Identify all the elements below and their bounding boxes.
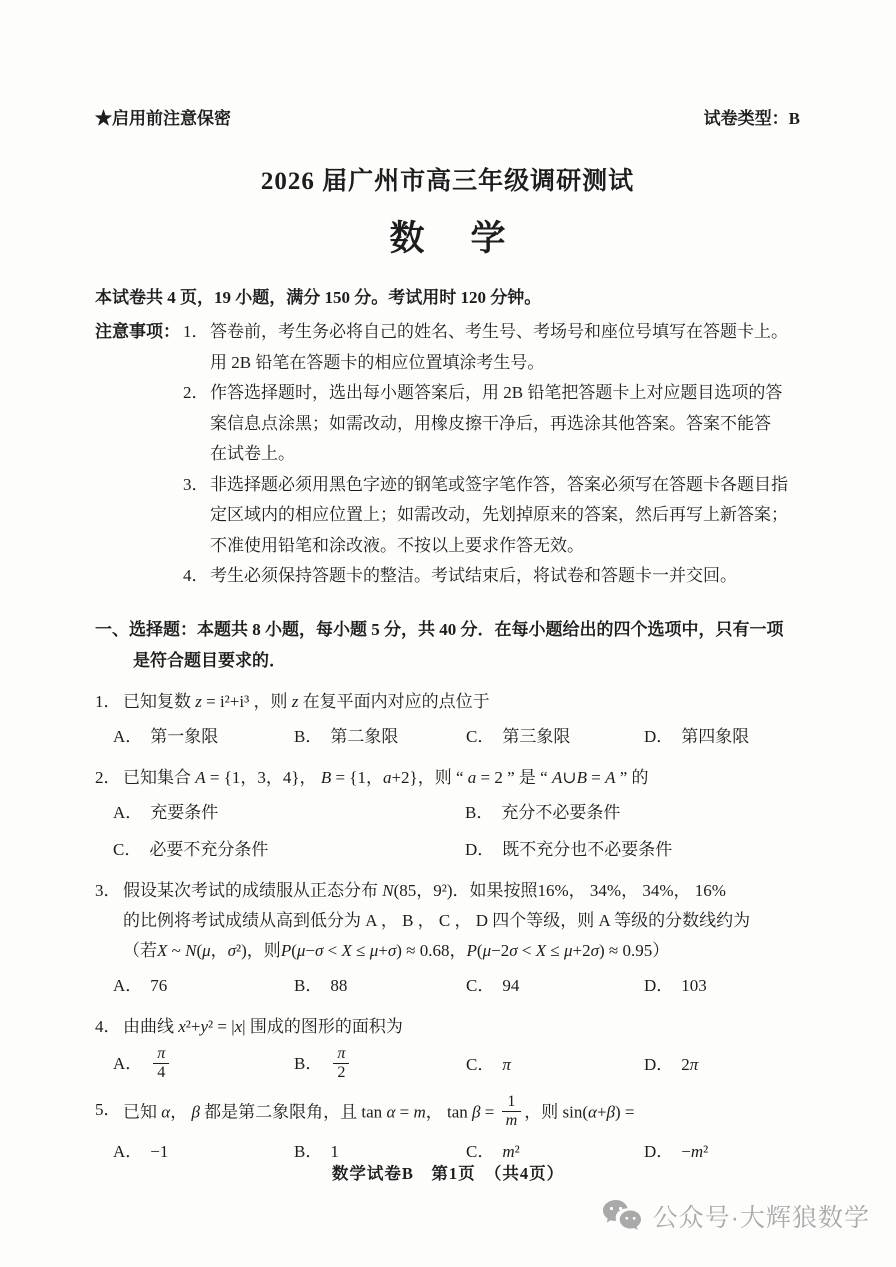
- question-stem: 已知 α， β 都是第二象限角，且 tan α = m， tan β = 1m，…: [123, 1095, 800, 1132]
- question-formula: （若X ~ N(μ，σ²)，则P(μ−σ < X ≤ μ+σ) ≈ 0.68，P…: [123, 936, 800, 966]
- question-1: 1． 已知复数 z = i²+i³ ，则 z 在复平面内对应的点位于 A．第一象…: [95, 687, 800, 752]
- option-label: D．: [644, 1055, 673, 1074]
- option-label: C．: [466, 1142, 494, 1161]
- option-d: D．第四象限: [644, 722, 800, 752]
- question-4: 4． 由曲线 x²+y² = |x| 围成的图形的面积为 A．π4 B．π2 C…: [95, 1012, 800, 1084]
- notice-item-3: 3． 非选择题必须用黑色字迹的钢笔或签字笔作答，答案必须写在答题卡各题目指 定区…: [183, 470, 800, 562]
- notice-item-number: 3．: [183, 470, 210, 562]
- option-a: A．76: [113, 971, 294, 1001]
- option-b: B．88: [294, 971, 466, 1001]
- notice-line: 考生必须保持答题卡的整洁。考试结束后，将试卷和答题卡一并交回。: [210, 561, 800, 592]
- page-footer: 数学试卷B 第1页 （共4页）: [0, 1160, 896, 1184]
- option-label: C．: [466, 1055, 494, 1074]
- option-text: −m²: [681, 1142, 708, 1161]
- exam-title: 2026 届广州市高三年级调研测试: [95, 161, 800, 197]
- question-5: 5． 已知 α， β 都是第二象限角，且 tan α = m， tan β = …: [95, 1095, 800, 1167]
- notice-item-4: 4． 考生必须保持答题卡的整洁。考试结束后，将试卷和答题卡一并交回。: [183, 561, 800, 592]
- security-notice: ★启用前注意保密: [95, 104, 231, 129]
- option-a: A．π4: [113, 1047, 294, 1084]
- question-stem: 假设某次考试的成绩服从正态分布 N(85，9²)．如果按照16%， 34%， 3…: [123, 876, 800, 906]
- option-text: 94: [502, 976, 519, 995]
- option-label: B．: [294, 727, 322, 746]
- option-text: 88: [330, 976, 347, 995]
- option-c: C．必要不充分条件: [113, 835, 465, 865]
- option-label: B．: [294, 976, 322, 995]
- notice-line: 在试卷上。: [210, 439, 800, 470]
- option-text: π: [502, 1055, 511, 1074]
- option-text: 第四象限: [681, 727, 749, 746]
- notice-item-2: 2． 作答选择题时，选出每小题答案后，用 2B 铅笔把答题卡上对应题目选项的答 …: [183, 378, 800, 470]
- option-label: B．: [465, 803, 493, 822]
- question-stem: 的比例将考试成绩从高到低分为 A ， B ， C ， D 四个等级，则 A 等级…: [123, 906, 800, 936]
- option-text: 既不充分也不必要条件: [502, 840, 672, 859]
- question-3: 3． 假设某次考试的成绩服从正态分布 N(85，9²)．如果按照16%， 34%…: [95, 876, 800, 1001]
- notice-label: 注意事项：: [95, 317, 183, 592]
- option-text: 1: [330, 1142, 339, 1161]
- notice-line: 非选择题必须用黑色字迹的钢笔或签字笔作答，答案必须写在答题卡各题目指: [210, 470, 800, 501]
- option-text: 第二象限: [330, 727, 398, 746]
- notice-section: 注意事项： 1． 答卷前，考生务必将自己的姓名、考生号、考场号和座位号填写在答题…: [95, 317, 800, 592]
- question-2: 2． 已知集合 A = {1，3，4}， B = {1，a+2}，则 “ a =…: [95, 763, 800, 865]
- notice-item-number: 4．: [183, 561, 210, 592]
- top-bar: ★启用前注意保密 试卷类型：B: [95, 104, 800, 129]
- section-1-heading: 一、选择题：本题共 8 小题，每小题 5 分，共 40 分．在每小题给出的四个选…: [95, 614, 800, 676]
- notice-item-number: 2．: [183, 378, 210, 470]
- option-label: C．: [113, 840, 141, 859]
- option-label: A．: [113, 976, 142, 995]
- option-text: 2π: [681, 1055, 698, 1074]
- watermark-text: 公众号·大辉狼数学: [653, 1198, 870, 1234]
- notice-item-1: 1． 答卷前，考生务必将自己的姓名、考生号、考场号和座位号填写在答题卡上。 用 …: [183, 317, 800, 378]
- question-4-options: A．π4 B．π2 C．π D．2π: [113, 1047, 800, 1084]
- question-stem: 已知复数 z = i²+i³ ，则 z 在复平面内对应的点位于: [123, 687, 800, 717]
- notice-line: 答卷前，考生务必将自己的姓名、考生号、考场号和座位号填写在答题卡上。: [210, 317, 800, 348]
- notice-line: 作答选择题时，选出每小题答案后，用 2B 铅笔把答题卡上对应题目选项的答: [210, 378, 800, 409]
- page-content: ★启用前注意保密 试卷类型：B 2026 届广州市高三年级调研测试 数学 本试卷…: [0, 0, 896, 1167]
- option-label: C．: [466, 976, 494, 995]
- paper-type-label: 试卷类型：B: [704, 104, 800, 129]
- question-stem: 由曲线 x²+y² = |x| 围成的图形的面积为: [123, 1012, 800, 1042]
- notice-line: 不准使用铅笔和涂改液。不按以上要求作答无效。: [210, 531, 800, 562]
- option-b: B．充分不必要条件: [465, 798, 800, 828]
- question-2-options: A．充要条件 B．充分不必要条件 C．必要不充分条件 D．既不充分也不必要条件: [113, 798, 800, 865]
- paper-meta-line: 本试卷共 4 页，19 小题，满分 150 分。考试用时 120 分钟。: [95, 283, 800, 313]
- option-text: π2: [330, 1054, 352, 1073]
- option-c: C．94: [466, 971, 644, 1001]
- notice-items: 1． 答卷前，考生务必将自己的姓名、考生号、考场号和座位号填写在答题卡上。 用 …: [183, 317, 800, 592]
- notice-line: 案信息点涂黑；如需改动，用橡皮擦干净后，再选涂其他答案。答案不能答: [210, 409, 800, 440]
- option-b: B．第二象限: [294, 722, 466, 752]
- section-heading-line: 一、选择题：本题共 8 小题，每小题 5 分，共 40 分．在每小题给出的四个选…: [95, 614, 800, 645]
- notice-item-number: 1．: [183, 317, 210, 378]
- option-label: D．: [644, 1142, 673, 1161]
- option-d: D．既不充分也不必要条件: [465, 835, 800, 865]
- notice-line: 定区域内的相应位置上；如需改动，先划掉原来的答案，然后再写上新答案；: [210, 500, 800, 531]
- option-label: B．: [294, 1054, 322, 1073]
- option-text: π4: [150, 1054, 172, 1073]
- option-d: D．103: [644, 971, 800, 1001]
- option-label: D．: [644, 727, 673, 746]
- option-text: −1: [150, 1142, 168, 1161]
- option-text: 76: [150, 976, 167, 995]
- option-text: m²: [502, 1142, 519, 1161]
- question-stem: 已知集合 A = {1，3，4}， B = {1，a+2}，则 “ a = 2 …: [123, 763, 800, 793]
- option-text: 第三象限: [502, 727, 570, 746]
- option-label: B．: [294, 1142, 322, 1161]
- wechat-icon: [601, 1198, 643, 1234]
- exam-paper-page: ★启用前注意保密 试卷类型：B 2026 届广州市高三年级调研测试 数学 本试卷…: [0, 0, 896, 1267]
- option-a: A．第一象限: [113, 722, 294, 752]
- option-b: B．π2: [294, 1047, 466, 1084]
- option-label: C．: [466, 727, 494, 746]
- option-text: 充分不必要条件: [501, 803, 620, 822]
- watermark: 公众号·大辉狼数学: [601, 1198, 870, 1234]
- option-c: C．π: [466, 1050, 644, 1080]
- option-label: D．: [465, 840, 494, 859]
- option-c: C．第三象限: [466, 722, 644, 752]
- option-text: 必要不充分条件: [149, 840, 268, 859]
- option-text: 103: [681, 976, 707, 995]
- option-label: A．: [113, 727, 142, 746]
- option-label: D．: [644, 976, 673, 995]
- option-text: 充要条件: [150, 803, 218, 822]
- option-label: A．: [113, 803, 142, 822]
- question-1-options: A．第一象限 B．第二象限 C．第三象限 D．第四象限: [113, 722, 800, 752]
- option-a: A．充要条件: [113, 798, 465, 828]
- notice-line: 用 2B 铅笔在答题卡的相应位置填涂考生号。: [210, 348, 800, 379]
- option-text: 第一象限: [150, 727, 218, 746]
- section-heading-line: 是符合题目要求的．: [95, 645, 800, 676]
- option-label: A．: [113, 1054, 142, 1073]
- option-d: D．2π: [644, 1050, 800, 1080]
- option-label: A．: [113, 1142, 142, 1161]
- subject-title: 数学: [95, 211, 800, 261]
- question-3-options: A．76 B．88 C．94 D．103: [113, 971, 800, 1001]
